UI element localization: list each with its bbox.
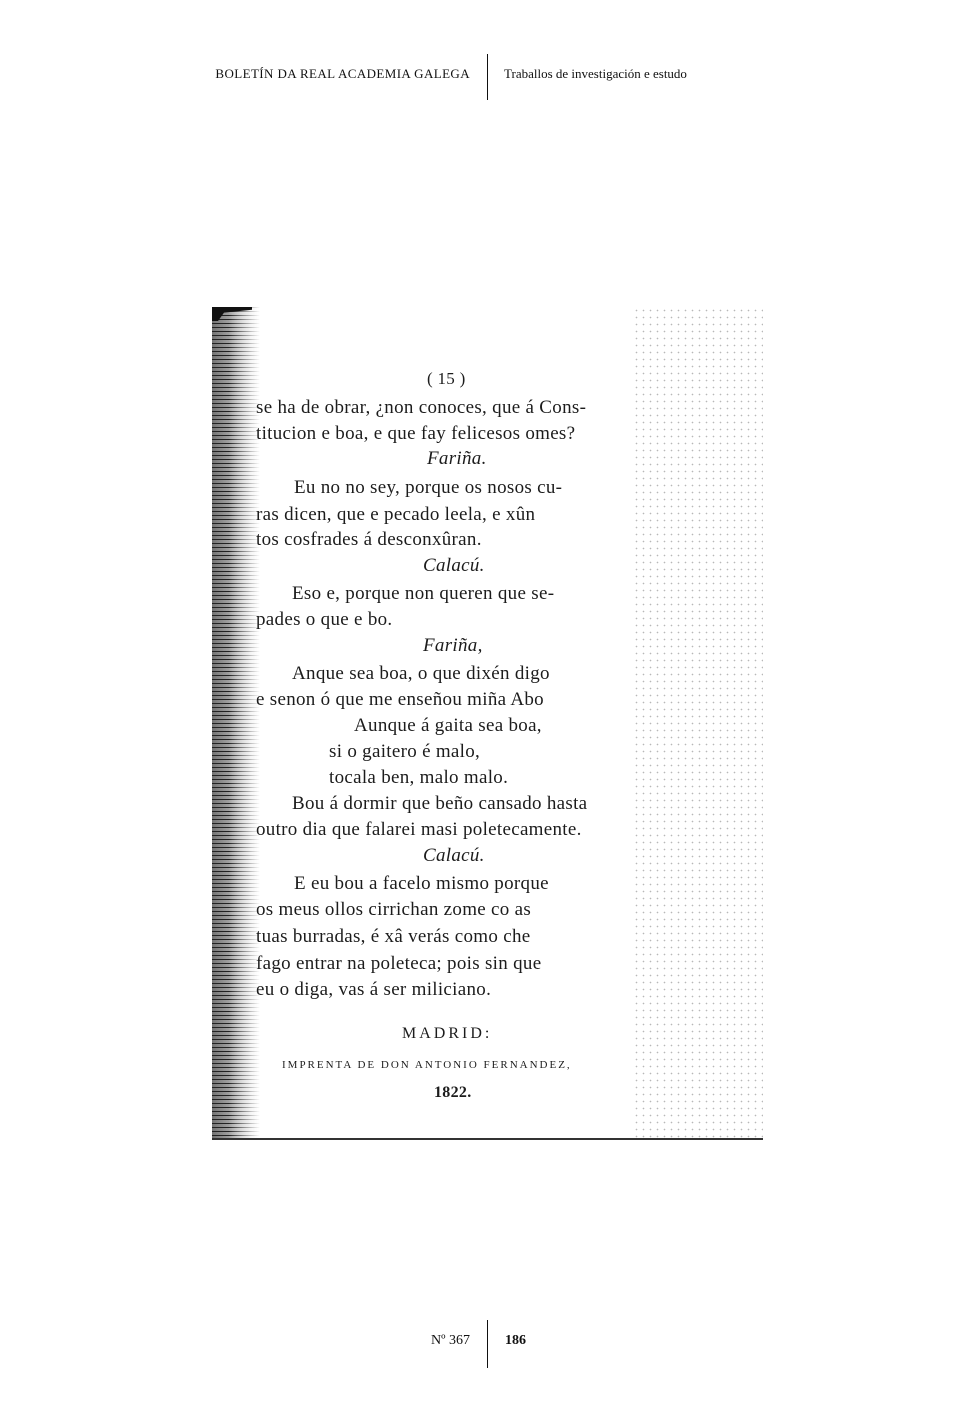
text-line: titucion e boa, e que fay felicesos omes…	[256, 423, 575, 445]
text-line: tos cosfrades á desconxûran.	[256, 529, 482, 551]
text-line: ras dicen, que e pecado leela, e xûn	[256, 504, 535, 526]
text-line: pades o que e bo.	[256, 609, 392, 631]
text-line: Eso e, porque non queren que se-	[292, 583, 554, 605]
header-divider	[487, 54, 488, 100]
text-line: fago entrar na poleteca; pois sin que	[256, 953, 541, 975]
speaker-name: Fariña.	[427, 448, 487, 470]
page-number: 186	[505, 1333, 526, 1349]
verse-line: Aunque á gaita sea boa,	[354, 715, 542, 737]
speaker-name: Calacú.	[423, 845, 485, 867]
verse-line: tocala ben, malo malo.	[329, 767, 508, 789]
speaker-name: Fariña,	[423, 635, 483, 657]
text-line: se ha de obrar, ¿non conoces, que á Cons…	[256, 397, 586, 419]
text-line: eu o diga, vas á ser miliciano.	[256, 979, 491, 1001]
imprint-year: 1822.	[434, 1084, 472, 1102]
footer-divider	[487, 1320, 488, 1368]
imprint-city: MADRID:	[402, 1025, 492, 1043]
running-footer: Nº 367 186	[0, 1320, 975, 1368]
running-header: BOLETÍN DA REAL ACADEMIA GALEGA Traballo…	[0, 52, 975, 100]
text-line: Anque sea boa, o que dixén digo	[292, 663, 550, 685]
text-line: Bou á dormir que beño cansado hasta	[292, 793, 587, 815]
text-line: E eu bou a facelo mismo porque	[294, 873, 549, 895]
journal-title: BOLETÍN DA REAL ACADEMIA GALEGA	[215, 66, 470, 82]
text-line: tuas burradas, é xâ verás como che	[256, 926, 531, 948]
page-marker: ( 15 )	[427, 369, 466, 389]
text-line: os meus ollos cirrichan zome co as	[256, 899, 531, 921]
facsimile-text: ( 15 ) se ha de obrar, ¿non conoces, que…	[212, 307, 763, 1140]
speaker-name: Calacú.	[423, 555, 485, 577]
issue-number: Nº 367	[431, 1333, 470, 1349]
text-line: outro dia que falarei masi poletecamente…	[256, 819, 582, 841]
imprint-printer: IMPRENTA DE DON ANTONIO FERNANDEZ,	[282, 1059, 572, 1071]
text-line: Eu no no sey, porque os nosos cu-	[294, 477, 562, 499]
verse-line: si o gaitero é malo,	[329, 741, 480, 763]
facsimile-scan: ( 15 ) se ha de obrar, ¿non conoces, que…	[212, 307, 763, 1140]
section-title: Traballos de investigación e estudo	[504, 66, 687, 82]
text-line: e senon ó que me enseñou miña Abo	[256, 689, 544, 711]
